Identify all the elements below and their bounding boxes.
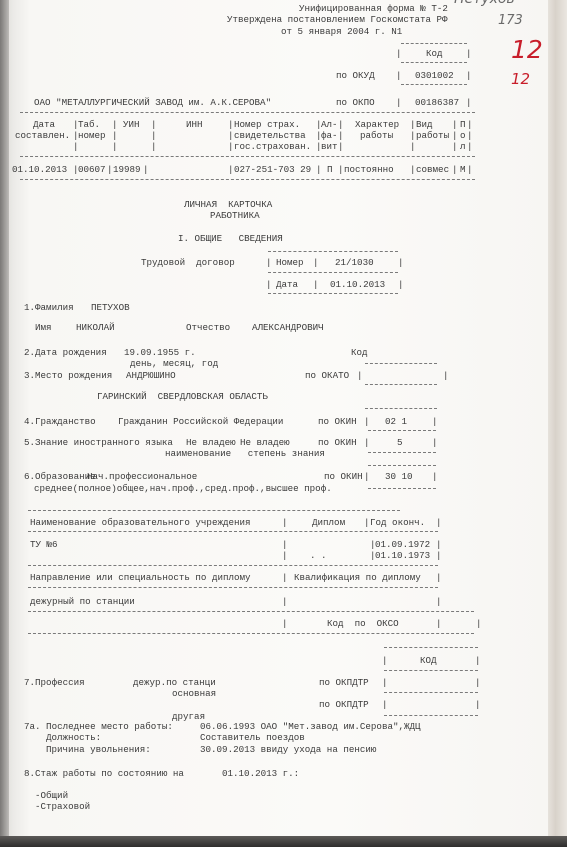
- edu-col-year: Год оконч.: [370, 517, 425, 528]
- edu-col-diploma: Диплом: [312, 517, 345, 528]
- col-inn-h: ИНН: [186, 119, 203, 130]
- contract-number: 21/1030: [335, 257, 374, 268]
- last-job-value: 06.06.1993 ОАО "Мет.завод им.Серова",ЖДЦ: [200, 721, 421, 732]
- handwritten-red-small-number: 12: [511, 70, 530, 88]
- language-name: Не владею: [186, 437, 236, 448]
- birth-date-label: 2.Дата рождения: [24, 347, 107, 358]
- col-tab-h2: номер: [78, 130, 106, 141]
- profession-code-header: КОД: [420, 655, 437, 666]
- col-worktype-h2: работы: [416, 130, 449, 141]
- row-work-type: совмес: [416, 164, 449, 175]
- education-label: 6.Образование: [24, 471, 96, 482]
- col-date-h1: Дата: [33, 119, 55, 130]
- language-okin: 5: [397, 437, 403, 448]
- position-label: Должность:: [46, 732, 101, 743]
- education-okin-label: по ОКИН: [324, 471, 363, 482]
- experience-total: -Общий: [35, 790, 68, 801]
- contract-date: 01.10.2013: [330, 279, 385, 290]
- edu-year-2: 01.10.1973: [375, 550, 430, 561]
- okato-label: по ОКАТО: [305, 370, 349, 381]
- education-hint: среднее(полное)общее,нач.проф.,сред.проф…: [34, 483, 332, 494]
- experience-label: 8.Стаж работы по состоянию на: [24, 768, 184, 779]
- okpdtr-main-label: по ОКПДТР: [319, 677, 369, 688]
- edu-col-institution: Наименование образовательного учреждения: [30, 517, 251, 528]
- patronymic-label: Отчество: [186, 322, 230, 333]
- okud-value: 0301002: [415, 70, 454, 81]
- organization-name: ОАО "МЕТАЛЛУРГИЧЕСКИЙ ЗАВОД им. А.К.СЕРО…: [34, 97, 271, 108]
- page-right-edge: [548, 0, 567, 847]
- section-title: I. ОБЩИЕ СВЕДЕНИЯ: [178, 233, 283, 244]
- handwritten-page-number: 173: [498, 13, 523, 28]
- col-ins-h2: свидетельства: [234, 130, 306, 141]
- birth-region: ГАРИНСКИЙ СВЕРДЛОВСКАЯ ОБЛАСТЬ: [97, 391, 268, 402]
- col-worktype-h1: Вид: [416, 119, 433, 130]
- row-work-character: постоянно: [344, 164, 394, 175]
- card-title: ЛИЧНАЯ КАРТОЧКА: [184, 199, 272, 210]
- page-bottom-shadow: [0, 836, 567, 847]
- education-okin: 30 10: [385, 471, 413, 482]
- position-value: Составитель поездов: [200, 732, 305, 743]
- spec-col-specialty: Направление или специальность по диплому: [30, 572, 251, 583]
- language-okin-label: по ОКИН: [318, 437, 357, 448]
- okpo-label: по ОКПО: [336, 97, 375, 108]
- handwritten-surname: Петухов: [454, 0, 515, 7]
- code-header: Код: [426, 48, 443, 59]
- profession-main: дежур.по станци: [133, 677, 216, 688]
- row-insurance-num: 027-251-703 29: [234, 164, 311, 175]
- approved-date: от 5 января 2004 г. N1: [281, 26, 402, 37]
- dismissal-reason: 30.09.2013 ввиду ухода на пенсию: [200, 744, 376, 755]
- form-name: Унифицированная форма № Т-2: [299, 3, 448, 14]
- col-date-h2: составлен.: [15, 130, 70, 141]
- experience-insurance: -Страховой: [35, 801, 90, 812]
- experience-date: 01.10.2013 г.:: [222, 768, 299, 779]
- col-sex-h3: л: [460, 141, 466, 152]
- surname: ПЕТУХОВ: [91, 302, 130, 313]
- language-hint: наименование степень знания: [165, 448, 325, 459]
- col-sex-h1: П: [460, 119, 466, 130]
- col-alpha-h1: Ал-: [321, 119, 338, 130]
- profession-label: 7.Профессия: [24, 677, 85, 688]
- col-character-h1: Характер: [355, 119, 399, 130]
- okpdtr-other-label: по ОКПДТР: [319, 699, 369, 710]
- col-alpha-h3: вит: [321, 141, 338, 152]
- profession-main-hint: основная: [172, 688, 216, 699]
- page-left-shadow: [0, 0, 9, 847]
- col-uin-h: УИН: [123, 119, 140, 130]
- row-date: 01.10.2013: [12, 164, 67, 175]
- dismissal-reason-label: Причина увольнения:: [46, 744, 151, 755]
- specialty-value: дежурный по станции: [30, 596, 135, 607]
- contract-label: Трудовой договор: [141, 257, 235, 268]
- row-sex: М: [460, 164, 466, 175]
- birth-code-label: Код: [351, 347, 368, 358]
- edu-institution: ТУ №6: [30, 539, 58, 550]
- language-level: Не владею: [240, 437, 290, 448]
- okud-label: по ОКУД: [336, 70, 375, 81]
- col-character-h2: работы: [360, 130, 393, 141]
- row-alphabet: П: [327, 164, 333, 175]
- birth-date: 19.09.1955 г.: [124, 347, 196, 358]
- col-ins-h1: Номер страх.: [234, 119, 300, 130]
- spec-col-qualification: Квалификация по диплому: [294, 572, 421, 583]
- birth-place-label: 3.Место рождения: [24, 370, 112, 381]
- handwritten-red-number: 12: [511, 35, 543, 64]
- patronymic: АЛЕКСАНДРОВИЧ: [252, 322, 324, 333]
- edu-year-1: 01.09.1972: [375, 539, 430, 550]
- birth-date-hint: день, месяц, год: [130, 358, 218, 369]
- name-label: Имя: [35, 322, 52, 333]
- row-tab-num: 00607: [78, 164, 106, 175]
- citizenship-label: 4.Гражданство: [24, 416, 96, 427]
- col-tab-h1: Таб.: [78, 119, 100, 130]
- edu-diploma-2: . .: [310, 550, 327, 561]
- contract-date-label: Дата: [276, 279, 298, 290]
- okso-label: Код по ОКСО: [327, 618, 399, 629]
- citizenship-okin: 02 1: [385, 416, 407, 427]
- row-uin: 19989: [113, 164, 141, 175]
- surname-label: 1.Фамилия: [24, 302, 74, 313]
- col-alpha-h2: фа-: [321, 130, 338, 141]
- education: Нач.профессиональное: [87, 471, 197, 482]
- card-subtitle: РАБОТНИКА: [210, 210, 260, 221]
- birth-place: АНДРЮШИНО: [126, 370, 176, 381]
- col-ins-h3: гос.страхован.: [234, 141, 311, 152]
- language-label: 5.Знание иностранного языка: [24, 437, 173, 448]
- citizenship: Гражданин Российской Федерации: [118, 416, 283, 427]
- citizenship-okin-label: по ОКИН: [318, 416, 357, 427]
- last-job-label: 7а. Последнее место работы:: [24, 721, 173, 732]
- col-sex-h2: о: [460, 130, 466, 141]
- okpo-value: 00186387: [415, 97, 459, 108]
- contract-number-label: Номер: [276, 257, 304, 268]
- first-name: НИКОЛАЙ: [76, 322, 115, 333]
- approved-by: Утверждена постановлением Госкомстата РФ: [227, 14, 448, 25]
